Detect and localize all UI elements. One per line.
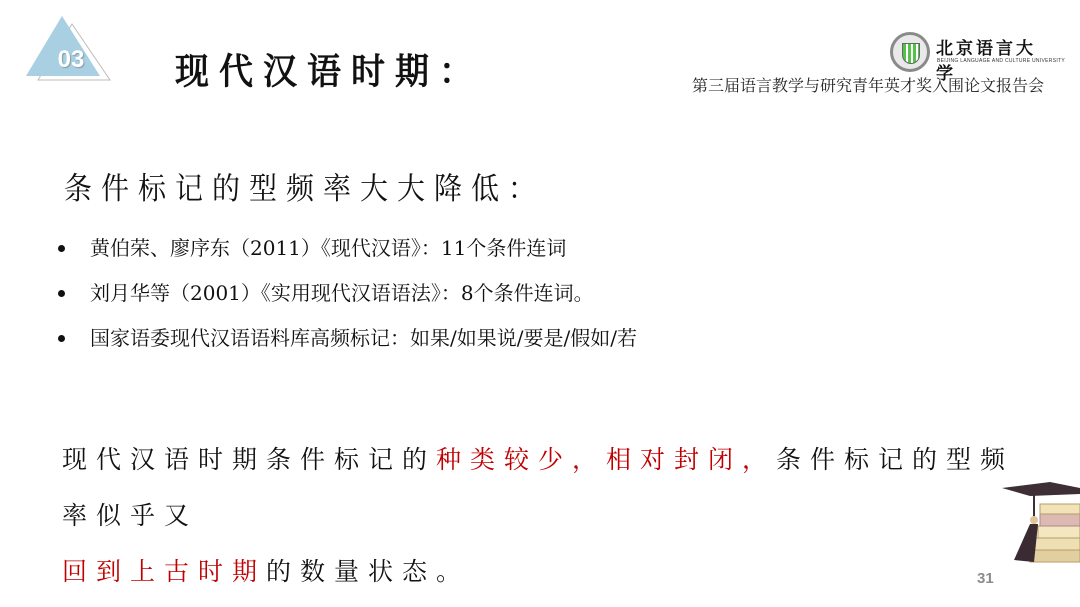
graduation-cap-icon xyxy=(1000,480,1080,580)
list-item-text: 刘月华等（2001）《实用现代汉语语法》：8个条件连词。 xyxy=(90,281,594,305)
bullet-icon xyxy=(58,290,65,297)
page-number: 31 xyxy=(977,570,994,587)
section-number: 03 xyxy=(46,46,96,74)
conclusion-text: 现代汉语时期条件标记的种类较少，相对封闭，条件标记的型频率似乎又回到上古时期的数… xyxy=(62,432,1042,600)
university-logo: 北京语言大学 BEIJING LANGUAGE AND CULTURE UNIV… xyxy=(890,32,1050,74)
section-badge: 03 xyxy=(24,14,114,84)
section-subheading: 条件标记的型频率大大降低： xyxy=(64,165,545,209)
conclusion-highlight: 回到上古时期 xyxy=(62,557,266,586)
list-item: 国家语委现代汉语语料库高频标记：如果/如果说/要是/假如/若 xyxy=(58,322,637,367)
university-seal-icon xyxy=(890,32,930,72)
conference-title: 第三届语言教学与研究青年英才奖入围论文报告会 xyxy=(692,73,1044,96)
conclusion-highlight: 种类较少，相对封闭， xyxy=(436,445,776,474)
bullet-icon xyxy=(58,245,65,252)
list-item-text: 黄伯荣、廖序东（2011）《现代汉语》：11个条件连词 xyxy=(90,236,566,260)
page-title: 现代汉语时期： xyxy=(175,43,483,94)
conclusion-part: 现代汉语时期条件标记的 xyxy=(62,445,436,474)
list-item: 刘月华等（2001）《实用现代汉语语法》：8个条件连词。 xyxy=(58,277,637,322)
bullet-icon xyxy=(58,335,65,342)
university-name-en: BEIJING LANGUAGE AND CULTURE UNIVERSITY xyxy=(937,58,1065,64)
list-item-text: 国家语委现代汉语语料库高频标记：如果/如果说/要是/假如/若 xyxy=(90,326,637,350)
conclusion-part: 的数量状态。 xyxy=(266,557,470,586)
list-item: 黄伯荣、廖序东（2011）《现代汉语》：11个条件连词 xyxy=(58,232,637,277)
bullet-list: 黄伯荣、廖序东（2011）《现代汉语》：11个条件连词 刘月华等（2001）《实… xyxy=(58,232,637,367)
